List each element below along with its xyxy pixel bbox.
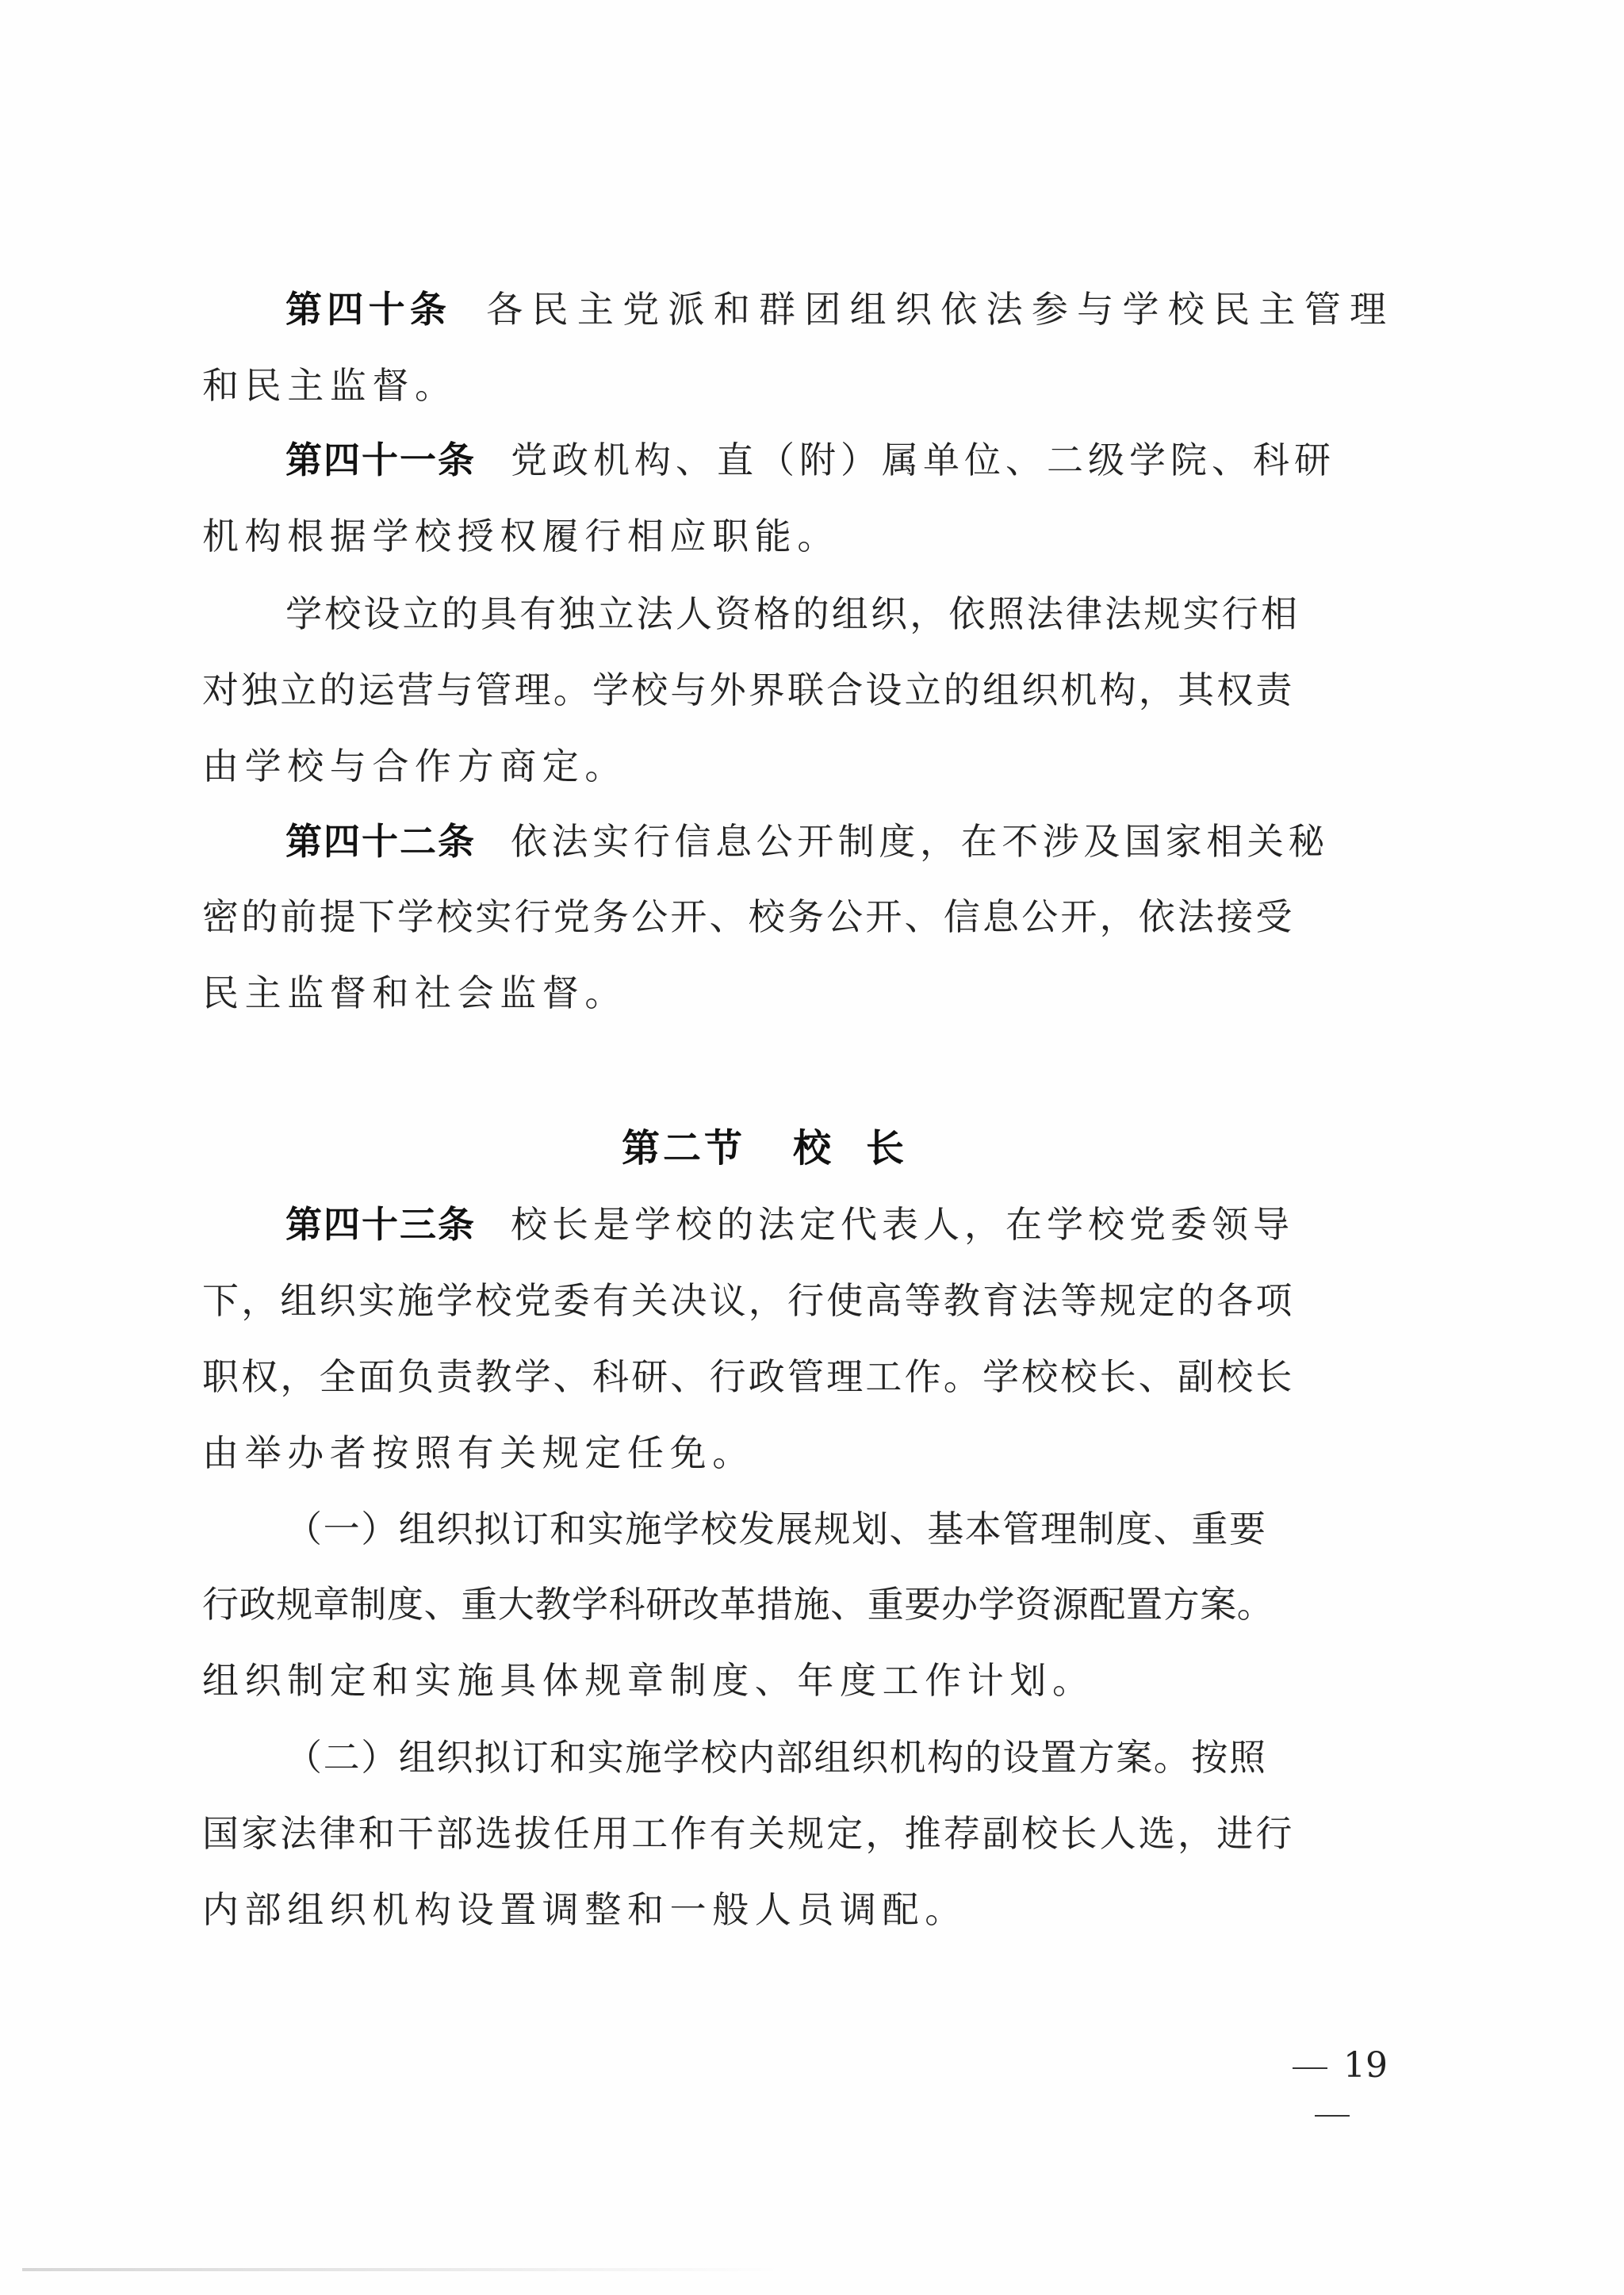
section-heading: 第二节校长 (0, 1110, 1576, 1186)
article-41-line-1: 第四十一条党政机构、直（附）属单位、二级学院、科研 (285, 422, 1392, 498)
dash-right (1315, 2115, 1350, 2117)
dash-left (1293, 2067, 1327, 2069)
document-page: 第四十条各民主党派和群团组织依法参与学校民主管理 和民主监督。 第四十一条党政机… (0, 0, 1624, 2295)
article-42-text-1: 依法实行信息公开制度，在不涉及国家相关秘 (511, 820, 1329, 863)
paragraph-legal-entity-line-3: 由学校与合作方商定。 (202, 728, 1392, 804)
item-1-line-2: 行政规章制度、重大教学科研改革措施、重要办学资源配置方案。 (202, 1566, 1392, 1642)
article-41-text-1: 党政机构、直（附）属单位、二级学院、科研 (511, 439, 1335, 481)
article-42-line-2: 密的前提下学校实行党务公开、校务公开、信息公开，依法接受 (202, 879, 1392, 955)
item-1-line-3: 组织制定和实施具体规章制度、年度工作计划。 (202, 1642, 1392, 1718)
page-number-value: 19 (1343, 2045, 1388, 2086)
article-41-line-2: 机构根据学校授权履行相应职能。 (202, 498, 1392, 574)
article-40-label: 第四十条 (285, 288, 451, 331)
article-42-line-3: 民主监督和社会监督。 (202, 955, 1392, 1031)
article-42-line-1: 第四十二条依法实行信息公开制度，在不涉及国家相关秘 (285, 803, 1392, 879)
item-1-line-1: （一）组织拟订和实施学校发展规划、基本管理制度、重要 (285, 1491, 1392, 1567)
paragraph-legal-entity-line-1: 学校设立的具有独立法人资格的组织，依照法律法规实行相 (285, 576, 1392, 652)
section-title-char-2: 长 (866, 1126, 907, 1170)
article-41-label: 第四十一条 (285, 439, 476, 481)
article-43-label: 第四十三条 (285, 1203, 476, 1246)
item-2-line-3: 内部组织机构设置调整和一般人员调配。 (202, 1872, 1392, 1948)
section-number: 第二节 (622, 1126, 745, 1170)
item-2-line-2: 国家法律和干部选拔任用工作有关规定，推荐副校长人选，进行 (202, 1795, 1392, 1872)
item-2-line-1: （二）组织拟订和实施学校内部组织机构的设置方案。按照 (285, 1719, 1392, 1795)
article-43-line-2: 下，组织实施学校党委有关决议，行使高等教育法等规定的各项 (202, 1262, 1392, 1339)
scan-artifact-line (22, 2268, 783, 2271)
paragraph-legal-entity-line-2: 对独立的运营与管理。学校与外界联合设立的组织机构，其权责 (202, 652, 1392, 728)
section-title-char-1: 校 (793, 1126, 834, 1170)
article-40-text-1: 各民主党派和群团组织依法参与学校民主管理 (486, 288, 1392, 331)
article-42-label: 第四十二条 (285, 820, 476, 863)
article-43-text-1: 校长是学校的法定代表人，在学校党委领导 (511, 1203, 1294, 1246)
article-40-line-2: 和民主监督。 (202, 347, 1392, 423)
page-number: 19 (1245, 2042, 1419, 2090)
article-40-line-1: 第四十条各民主党派和群团组织依法参与学校民主管理 (285, 271, 1392, 347)
article-43-line-1: 第四十三条校长是学校的法定代表人，在学校党委领导 (285, 1186, 1392, 1262)
article-43-line-4: 由举办者按照有关规定任免。 (202, 1415, 1392, 1491)
article-43-line-3: 职权，全面负责教学、科研、行政管理工作。学校校长、副校长 (202, 1339, 1392, 1415)
